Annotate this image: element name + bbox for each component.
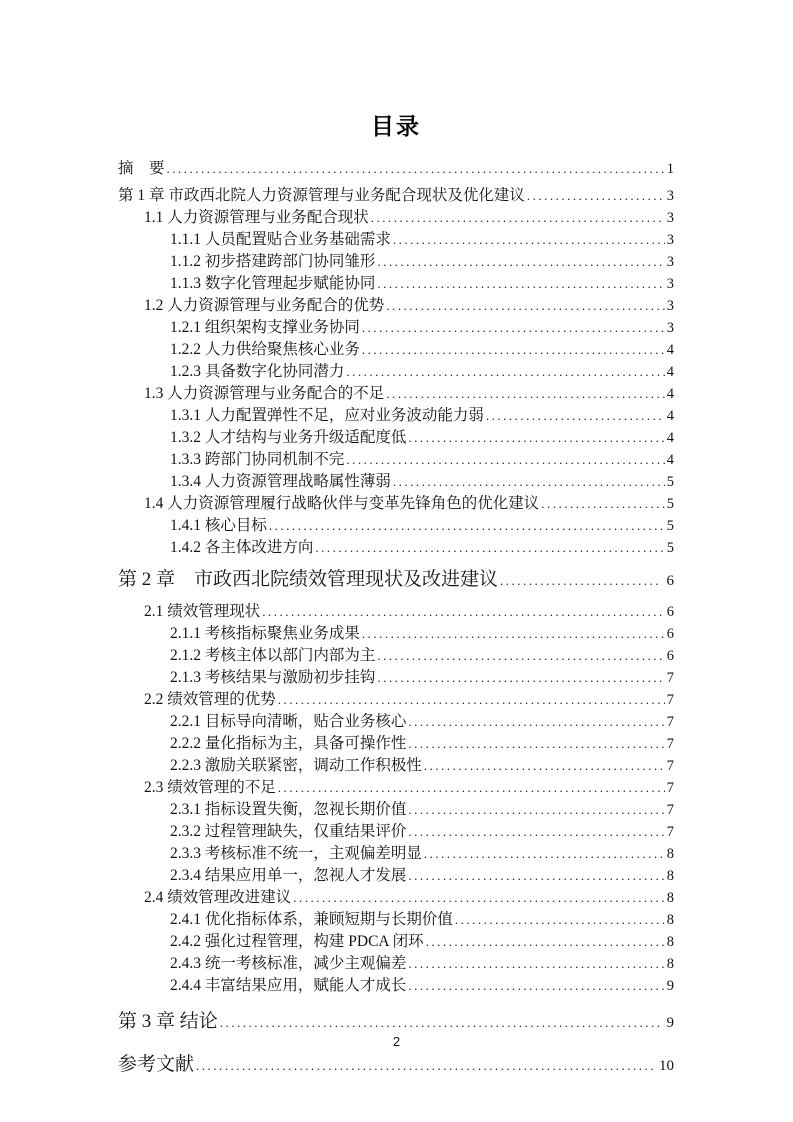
- toc-entry-label: 1.3.3 跨部门协同机制不完: [170, 449, 344, 470]
- toc-leader-dots: [362, 339, 665, 360]
- toc-entry-label: 2.3.1 指标设置失衡，忽视长期价值: [170, 799, 406, 820]
- toc-entry-page-number: 4: [667, 340, 674, 361]
- toc-entry[interactable]: 第 1 章 市政西北院人力资源管理与业务配合现状及优化建议 3: [118, 185, 674, 207]
- toc-leader-dots: [424, 755, 665, 776]
- toc-entry[interactable]: 1.1 人力资源管理与业务配合现状 3: [118, 207, 674, 229]
- toc-leader-dots: [408, 865, 664, 886]
- toc-leader-dots: [167, 158, 665, 179]
- toc-entry[interactable]: 1.1.1 人员配置贴合业务基础需求 3: [118, 229, 674, 251]
- toc-entry-label: 1.4 人力资源管理履行战略伙伴与变革先锋角色的优化建议: [144, 493, 539, 514]
- toc-leader-dots: [371, 207, 665, 228]
- toc-entry[interactable]: 第 2 章 市政西北院绩效管理现状及改进建议 6: [118, 567, 674, 594]
- toc-entry[interactable]: 参考文献 10: [118, 1052, 674, 1079]
- toc-leader-dots: [424, 843, 665, 864]
- toc-entry-label: 2.1.2 考核主体以部门内部为主: [170, 645, 375, 666]
- toc-entry-page-number: 8: [667, 954, 674, 975]
- toc-entry-page-number: 8: [667, 910, 674, 931]
- toc-entry-page-number: 3: [667, 208, 674, 229]
- toc-entry[interactable]: 1.3.4 人力资源管理战略属性薄弱 5: [118, 471, 674, 493]
- toc-entry[interactable]: 1.3.3 跨部门协同机制不完 4: [118, 449, 674, 471]
- toc-leader-dots: [293, 887, 664, 908]
- toc-entry[interactable]: 2.3 绩效管理的不足 7: [118, 777, 674, 799]
- toc-entry[interactable]: 1.1.3 数字化管理起步赋能协同 3: [118, 273, 674, 295]
- toc-leader-dots: [426, 931, 665, 952]
- toc-leader-dots: [377, 645, 664, 666]
- toc-entry-label: 2.1.1 考核指标聚焦业务成果: [170, 623, 360, 644]
- toc-leader-dots: [377, 251, 664, 272]
- toc-leader-dots: [362, 623, 665, 644]
- toc-leader-dots: [278, 689, 665, 710]
- toc-entry[interactable]: 1.4 人力资源管理履行战略伙伴与变革先锋角色的优化建议 5: [118, 493, 674, 515]
- toc-entry[interactable]: 2.4.1 优化指标体系，兼顾短期与长期价值 8: [118, 909, 674, 931]
- toc-entry-label: 第 3 章 结论: [118, 1009, 218, 1034]
- toc-entry-page-number: 4: [667, 428, 674, 449]
- toc-entry-label: 1.4.1 核心目标: [170, 515, 267, 536]
- toc-entry-page-number: 7: [667, 756, 674, 777]
- toc-entry-page-number: 8: [667, 866, 674, 887]
- toc-entry[interactable]: 2.4.2 强化过程管理，构建 PDCA 闭环 8: [118, 931, 674, 953]
- toc-entry[interactable]: 2.4 绩效管理改进建议 8: [118, 887, 674, 909]
- toc-entry-label: 1.2.3 具备数字化协同潜力: [170, 361, 344, 382]
- toc-leader-dots: [408, 953, 664, 974]
- toc-entry-page-number: 5: [667, 538, 674, 559]
- toc-entry-page-number: 7: [667, 690, 674, 711]
- toc-entry[interactable]: 2.2.3 激励关联紧密，调动工作积极性 7: [118, 755, 674, 777]
- toc-entry-label: 1.2.1 组织架构支撑业务协同: [170, 317, 360, 338]
- toc-entry-page-number: 4: [667, 450, 674, 471]
- toc-entry[interactable]: 1.2.1 组织架构支撑业务协同 3: [118, 317, 674, 339]
- toc-entry-label: 2.4.3 统一考核标准，减少主观偏差: [170, 953, 406, 974]
- toc-entry-label: 1.4.2 各主体改进方向: [170, 537, 313, 558]
- toc-entry-page-number: 6: [667, 646, 674, 667]
- toc-entry-page-number: 3: [667, 274, 674, 295]
- toc-entry[interactable]: 1.2 人力资源管理与业务配合的优势 3: [118, 295, 674, 317]
- toc-entry-page-number: 8: [667, 888, 674, 909]
- toc-entry-label: 1.1.3 数字化管理起步赋能协同: [170, 273, 375, 294]
- toc-entry[interactable]: 1.2.3 具备数字化协同潜力 4: [118, 361, 674, 383]
- toc-entry-label: 2.3 绩效管理的不足: [144, 777, 276, 798]
- toc-entry[interactable]: 2.1.3 考核结果与激励初步挂钩 7: [118, 667, 674, 689]
- toc-entry-label: 第 2 章 市政西北院绩效管理现状及改进建议: [118, 567, 498, 592]
- toc-leader-dots: [196, 1053, 654, 1078]
- toc-content: 目录 摘 要 1 第 1 章 市政西北院人力资源管理与业务配合现状及优化建议 3…: [118, 108, 674, 1086]
- toc-leader-dots: [220, 1010, 662, 1035]
- toc-leader-dots: [377, 273, 664, 294]
- page-number-footer: 2: [0, 1034, 793, 1049]
- toc-leader-dots: [455, 909, 665, 930]
- toc-leader-dots: [527, 185, 665, 206]
- document-page: 目录 摘 要 1 第 1 章 市政西北院人力资源管理与业务配合现状及优化建议 3…: [0, 0, 793, 1122]
- toc-entry-page-number: 7: [667, 822, 674, 843]
- toc-entry[interactable]: 1.1.2 初步搭建跨部门协同雏形 3: [118, 251, 674, 273]
- toc-entry-page-number: 8: [667, 932, 674, 953]
- toc-entry[interactable]: 2.3.3 考核标准不统一，主观偏差明显 8: [118, 843, 674, 865]
- toc-leader-dots: [408, 733, 664, 754]
- toc-entry[interactable]: 2.4.4 丰富结果应用，赋能人才成长 9: [118, 975, 674, 997]
- toc-entry-page-number: 4: [667, 362, 674, 383]
- toc-entry-label: 1.1.1 人员配置贴合业务基础需求: [170, 229, 391, 250]
- toc-entry-label: 2.2.2 量化指标为主，具备可操作性: [170, 733, 406, 754]
- toc-entry-label: 2.4.1 优化指标体系，兼顾短期与长期价值: [170, 909, 453, 930]
- toc-leader-dots: [386, 383, 664, 404]
- toc-entry-page-number: 7: [667, 668, 674, 689]
- toc-leader-dots: [408, 711, 664, 732]
- toc-entry-label: 2.3.3 考核标准不统一，主观偏差明显: [170, 843, 422, 864]
- toc-entry-label: 2.1 绩效管理现状: [144, 601, 260, 622]
- toc-entry-page-number: 9: [667, 976, 674, 997]
- toc-entry-label: 2.2 绩效管理的优势: [144, 689, 276, 710]
- toc-entry[interactable]: 2.3.4 结果应用单一，忽视人才发展 8: [118, 865, 674, 887]
- toc-leader-dots: [408, 975, 664, 996]
- toc-entry-label: 1.3.2 人才结构与业务升级适配度低: [170, 427, 406, 448]
- toc-entry-page-number: 3: [667, 318, 674, 339]
- toc-entry-page-number: 6: [667, 602, 674, 623]
- toc-entry[interactable]: 1.2.2 人力供给聚焦核心业务 4: [118, 339, 674, 361]
- toc-entry-page-number: 5: [667, 472, 674, 493]
- toc-entry[interactable]: 2.3.2 过程管理缺失，仅重结果评价 7: [118, 821, 674, 843]
- toc-entry-page-number: 1: [667, 159, 674, 180]
- toc-leader-dots: [386, 295, 664, 316]
- toc-entry-label: 参考文献: [118, 1052, 194, 1077]
- toc-entry-page-number: 3: [667, 252, 674, 273]
- toc-leader-dots: [408, 799, 664, 820]
- toc-entry[interactable]: 2.4.3 统一考核标准，减少主观偏差 8: [118, 953, 674, 975]
- toc-entry-label: 2.2.1 目标导向清晰，贴合业务核心: [170, 711, 406, 732]
- toc-entry-label: 1.1 人力资源管理与业务配合现状: [144, 207, 369, 228]
- toc-entry-label: 第 1 章 市政西北院人力资源管理与业务配合现状及优化建议: [118, 185, 525, 206]
- toc-entry-label: 2.1.3 考核结果与激励初步挂钩: [170, 667, 375, 688]
- toc-entry[interactable]: 2.2.2 量化指标为主，具备可操作性 7: [118, 733, 674, 755]
- toc-entry-label: 2.4.2 强化过程管理，构建 PDCA 闭环: [170, 931, 424, 952]
- toc-entry-page-number: 5: [667, 516, 674, 537]
- toc-entry-page-number: 9: [664, 1011, 675, 1036]
- toc-leader-dots: [315, 537, 664, 558]
- toc-entry-label: 摘 要: [118, 158, 165, 179]
- toc-entry-label: 1.3.1 人力配置弹性不足，应对业务波动能力弱: [170, 405, 484, 426]
- page-title: 目录: [118, 108, 674, 141]
- toc-entry-page-number: 7: [667, 712, 674, 733]
- toc-leader-dots: [346, 361, 664, 382]
- toc-entry[interactable]: 1.3 人力资源管理与业务配合的不足 4: [118, 383, 674, 405]
- toc-leader-dots: [486, 405, 665, 426]
- toc-entry[interactable]: 2.3.1 指标设置失衡，忽视长期价值 7: [118, 799, 674, 821]
- toc-leader-dots: [393, 471, 665, 492]
- toc-leader-dots: [278, 777, 665, 798]
- toc-entry-page-number: 3: [667, 296, 674, 317]
- toc-entry[interactable]: 2.1 绩效管理现状 6: [118, 601, 674, 623]
- toc-entry-page-number: 6: [667, 624, 674, 645]
- toc-entry-label: 2.3.4 结果应用单一，忽视人才发展: [170, 865, 406, 886]
- toc-entry-page-number: 3: [667, 230, 674, 251]
- toc-entry-label: 1.2.2 人力供给聚焦核心业务: [170, 339, 360, 360]
- toc-entry-label: 2.3.2 过程管理缺失，仅重结果评价: [170, 821, 406, 842]
- toc-entry-page-number: 7: [667, 778, 674, 799]
- toc-entry[interactable]: 1.3.1 人力配置弹性不足，应对业务波动能力弱 4: [118, 405, 674, 427]
- toc-leader-dots: [362, 317, 665, 338]
- toc-entry-page-number: 5: [667, 494, 674, 515]
- toc-leader-dots: [262, 601, 664, 622]
- toc-entry[interactable]: 第 3 章 结论 9: [118, 1009, 674, 1036]
- toc-leader-dots: [500, 568, 661, 593]
- toc-leader-dots: [346, 449, 664, 470]
- toc-entry-label: 2.2.3 激励关联紧密，调动工作积极性: [170, 755, 422, 776]
- toc-leader-dots: [541, 493, 664, 514]
- toc-entry-page-number: 7: [667, 800, 674, 821]
- toc-entry-page-number: 4: [667, 406, 674, 427]
- toc-entry[interactable]: 2.2 绩效管理的优势 7: [118, 689, 674, 711]
- toc-entry-page-number: 10: [656, 1054, 674, 1079]
- toc-entry-page-number: 6: [664, 569, 675, 594]
- toc-entry[interactable]: 2.2.1 目标导向清晰，贴合业务核心 7: [118, 711, 674, 733]
- toc-entry-page-number: 3: [667, 186, 674, 207]
- toc-entry-label: 2.4.4 丰富结果应用，赋能人才成长: [170, 975, 406, 996]
- toc-entry-page-number: 8: [667, 844, 674, 865]
- toc-leader-dots: [393, 229, 665, 250]
- toc-entry-label: 1.2 人力资源管理与业务配合的优势: [144, 295, 384, 316]
- toc-entry[interactable]: 1.4.1 核心目标 5: [118, 515, 674, 537]
- toc-leader-dots: [377, 667, 664, 688]
- toc-entry-page-number: 4: [667, 384, 674, 405]
- toc-entry[interactable]: 摘 要 1: [118, 158, 674, 180]
- toc-entry-label: 1.3.4 人力资源管理战略属性薄弱: [170, 471, 391, 492]
- toc-leader-dots: [408, 427, 664, 448]
- toc-entry-label: 1.3 人力资源管理与业务配合的不足: [144, 383, 384, 404]
- toc-entry-label: 2.4 绩效管理改进建议: [144, 887, 291, 908]
- toc-entry[interactable]: 1.4.2 各主体改进方向 5: [118, 537, 674, 559]
- toc-entry[interactable]: 2.1.1 考核指标聚焦业务成果 6: [118, 623, 674, 645]
- toc-entry[interactable]: 1.3.2 人才结构与业务升级适配度低 4: [118, 427, 674, 449]
- toc-list: 摘 要 1 第 1 章 市政西北院人力资源管理与业务配合现状及优化建议 3 1.…: [118, 158, 674, 1079]
- toc-leader-dots: [269, 515, 665, 536]
- toc-entry-page-number: 7: [667, 734, 674, 755]
- toc-leader-dots: [408, 821, 664, 842]
- toc-entry-label: 1.1.2 初步搭建跨部门协同雏形: [170, 251, 375, 272]
- toc-entry[interactable]: 2.1.2 考核主体以部门内部为主 6: [118, 645, 674, 667]
